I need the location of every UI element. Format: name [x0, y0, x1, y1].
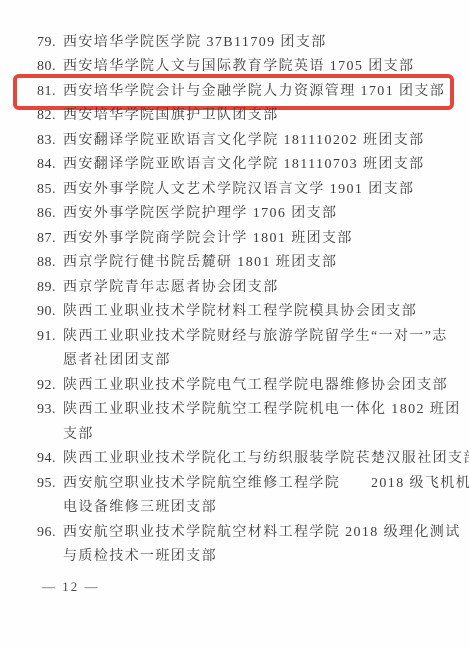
list-item: 96.西安航空职业技术学院航空材料工程学院 2018 级理化测试与质检技术一班团… [37, 521, 469, 570]
item-text: 西安翻译学院亚欧语言文化学院 181110703 班团支部 [63, 157, 425, 172]
list-item: 89.西京学院青年志愿者协会团支部 [37, 276, 469, 301]
list-item: 94.陕西工业职业技术学院化工与纺织服装学院苌楚汉服社团支部 [37, 447, 469, 472]
item-text: 西安外事学院医学院护理学 1706 团支部 [63, 206, 337, 221]
list-item: 88.西京学院行健书院岳麓研 1801 班团支部 [37, 251, 469, 276]
branch-list: 79.西安培华学院医学院 37B11709 团支部80.西安培华学院人文与国际教… [37, 31, 469, 570]
item-number: 89. [37, 276, 59, 301]
list-item: 90.陕西工业职业技术学院材料工程学院模具协会团支部 [37, 300, 469, 325]
page-number: — 12 — [42, 575, 100, 599]
item-line: 88.西京学院行健书院岳麓研 1801 班团支部 [37, 251, 469, 276]
document-page: 79.西安培华学院医学院 37B11709 团支部80.西安培华学院人文与国际教… [0, 0, 469, 647]
item-text: 西安培华学院会计与金融学院人力资源管理 1701 团支部 [63, 84, 445, 99]
list-item: 86.西安外事学院医学院护理学 1706 团支部 [37, 202, 469, 227]
item-number: 90. [37, 300, 59, 325]
item-number: 83. [37, 129, 59, 154]
item-text: 西安航空职业技术学院航空维修工程学院 2018 级飞机机 [63, 476, 469, 491]
item-number: 93. [37, 398, 59, 423]
item-text: 陕西工业职业技术学院电气工程学院电器维修协会团支部 [63, 378, 448, 393]
item-line: 95.西安航空职业技术学院航空维修工程学院 2018 级飞机机 [37, 472, 469, 497]
item-text: 陕西工业职业技术学院材料工程学院模具协会团支部 [63, 304, 417, 319]
item-number: 92. [37, 374, 59, 399]
item-line-continuation: 与质检技术一班团支部 [37, 545, 469, 570]
item-line: 79.西安培华学院医学院 37B11709 团支部 [37, 31, 469, 56]
item-number: 95. [37, 472, 59, 497]
item-line: 87.西安外事学院商学院会计学 1801 班团支部 [37, 227, 469, 252]
item-number: 88. [37, 251, 59, 276]
list-item: 92.陕西工业职业技术学院电气工程学院电器维修协会团支部 [37, 374, 469, 399]
item-line-continuation: 电设备维修三班团支部 [37, 496, 469, 521]
item-text: 西安培华学院国旗护卫队团支部 [63, 108, 279, 123]
item-number: 79. [37, 31, 59, 56]
item-text: 陕西工业职业技术学院航空工程学院机电一体化 1802 班团 [63, 402, 461, 417]
item-line: 81.西安培华学院会计与金融学院人力资源管理 1701 团支部 [37, 80, 469, 105]
item-text: 西安外事学院商学院会计学 1801 班团支部 [63, 231, 353, 246]
list-item: 83.西安翻译学院亚欧语言文化学院 181110202 班团支部 [37, 129, 469, 154]
item-number: 85. [37, 178, 59, 203]
item-line: 84.西安翻译学院亚欧语言文化学院 181110703 班团支部 [37, 153, 469, 178]
item-line: 85.西安外事学院人文艺术学院汉语言文学 1901 团支部 [37, 178, 469, 203]
item-number: 80. [37, 55, 59, 80]
item-line: 89.西京学院青年志愿者协会团支部 [37, 276, 469, 301]
list-item: 81.西安培华学院会计与金融学院人力资源管理 1701 团支部 [37, 80, 469, 105]
list-item: 93.陕西工业职业技术学院航空工程学院机电一体化 1802 班团支部 [37, 398, 469, 447]
item-number: 87. [37, 227, 59, 252]
item-line: 94.陕西工业职业技术学院化工与纺织服装学院苌楚汉服社团支部 [37, 447, 469, 472]
list-item: 82.西安培华学院国旗护卫队团支部 [37, 104, 469, 129]
item-text: 西京学院青年志愿者协会团支部 [63, 280, 279, 295]
item-line: 91.陕西工业职业技术学院财经与旅游学院留学生“一对一”志 [37, 325, 469, 350]
list-item: 85.西安外事学院人文艺术学院汉语言文学 1901 团支部 [37, 178, 469, 203]
item-line-continuation: 支部 [37, 423, 469, 448]
list-item: 79.西安培华学院医学院 37B11709 团支部 [37, 31, 469, 56]
item-text: 西安航空职业技术学院航空材料工程学院 2018 级理化测试 [63, 525, 461, 540]
item-line: 82.西安培华学院国旗护卫队团支部 [37, 104, 469, 129]
list-item: 87.西安外事学院商学院会计学 1801 班团支部 [37, 227, 469, 252]
item-line: 83.西安翻译学院亚欧语言文化学院 181110202 班团支部 [37, 129, 469, 154]
item-number: 96. [37, 521, 59, 546]
item-number: 94. [37, 447, 59, 472]
item-line: 93.陕西工业职业技术学院航空工程学院机电一体化 1802 班团 [37, 398, 469, 423]
item-number: 84. [37, 153, 59, 178]
item-number: 82. [37, 104, 59, 129]
list-item: 80.西安培华学院人文与国际教育学院英语 1705 团支部 [37, 55, 469, 80]
item-line: 86.西安外事学院医学院护理学 1706 团支部 [37, 202, 469, 227]
item-line: 96.西安航空职业技术学院航空材料工程学院 2018 级理化测试 [37, 521, 469, 546]
list-item: 84.西安翻译学院亚欧语言文化学院 181110703 班团支部 [37, 153, 469, 178]
item-text: 西京学院行健书院岳麓研 1801 班团支部 [63, 255, 337, 270]
list-item: 95.西安航空职业技术学院航空维修工程学院 2018 级飞机机电设备维修三班团支… [37, 472, 469, 521]
item-line: 90.陕西工业职业技术学院材料工程学院模具协会团支部 [37, 300, 469, 325]
item-text: 西安培华学院医学院 37B11709 团支部 [63, 35, 327, 50]
item-number: 91. [37, 325, 59, 350]
item-text: 陕西工业职业技术学院财经与旅游学院留学生“一对一”志 [63, 329, 448, 344]
item-line: 92.陕西工业职业技术学院电气工程学院电器维修协会团支部 [37, 374, 469, 399]
item-line-continuation: 愿者社团团支部 [37, 349, 469, 374]
item-number: 86. [37, 202, 59, 227]
item-text: 西安翻译学院亚欧语言文化学院 181110202 班团支部 [63, 133, 425, 148]
item-line: 80.西安培华学院人文与国际教育学院英语 1705 团支部 [37, 55, 469, 80]
item-number: 81. [37, 80, 59, 105]
item-text: 西安外事学院人文艺术学院汉语言文学 1901 团支部 [63, 182, 414, 197]
item-text: 陕西工业职业技术学院化工与纺织服装学院苌楚汉服社团支部 [63, 451, 469, 466]
list-item: 91.陕西工业职业技术学院财经与旅游学院留学生“一对一”志愿者社团团支部 [37, 325, 469, 374]
item-text: 西安培华学院人文与国际教育学院英语 1705 团支部 [63, 59, 414, 74]
